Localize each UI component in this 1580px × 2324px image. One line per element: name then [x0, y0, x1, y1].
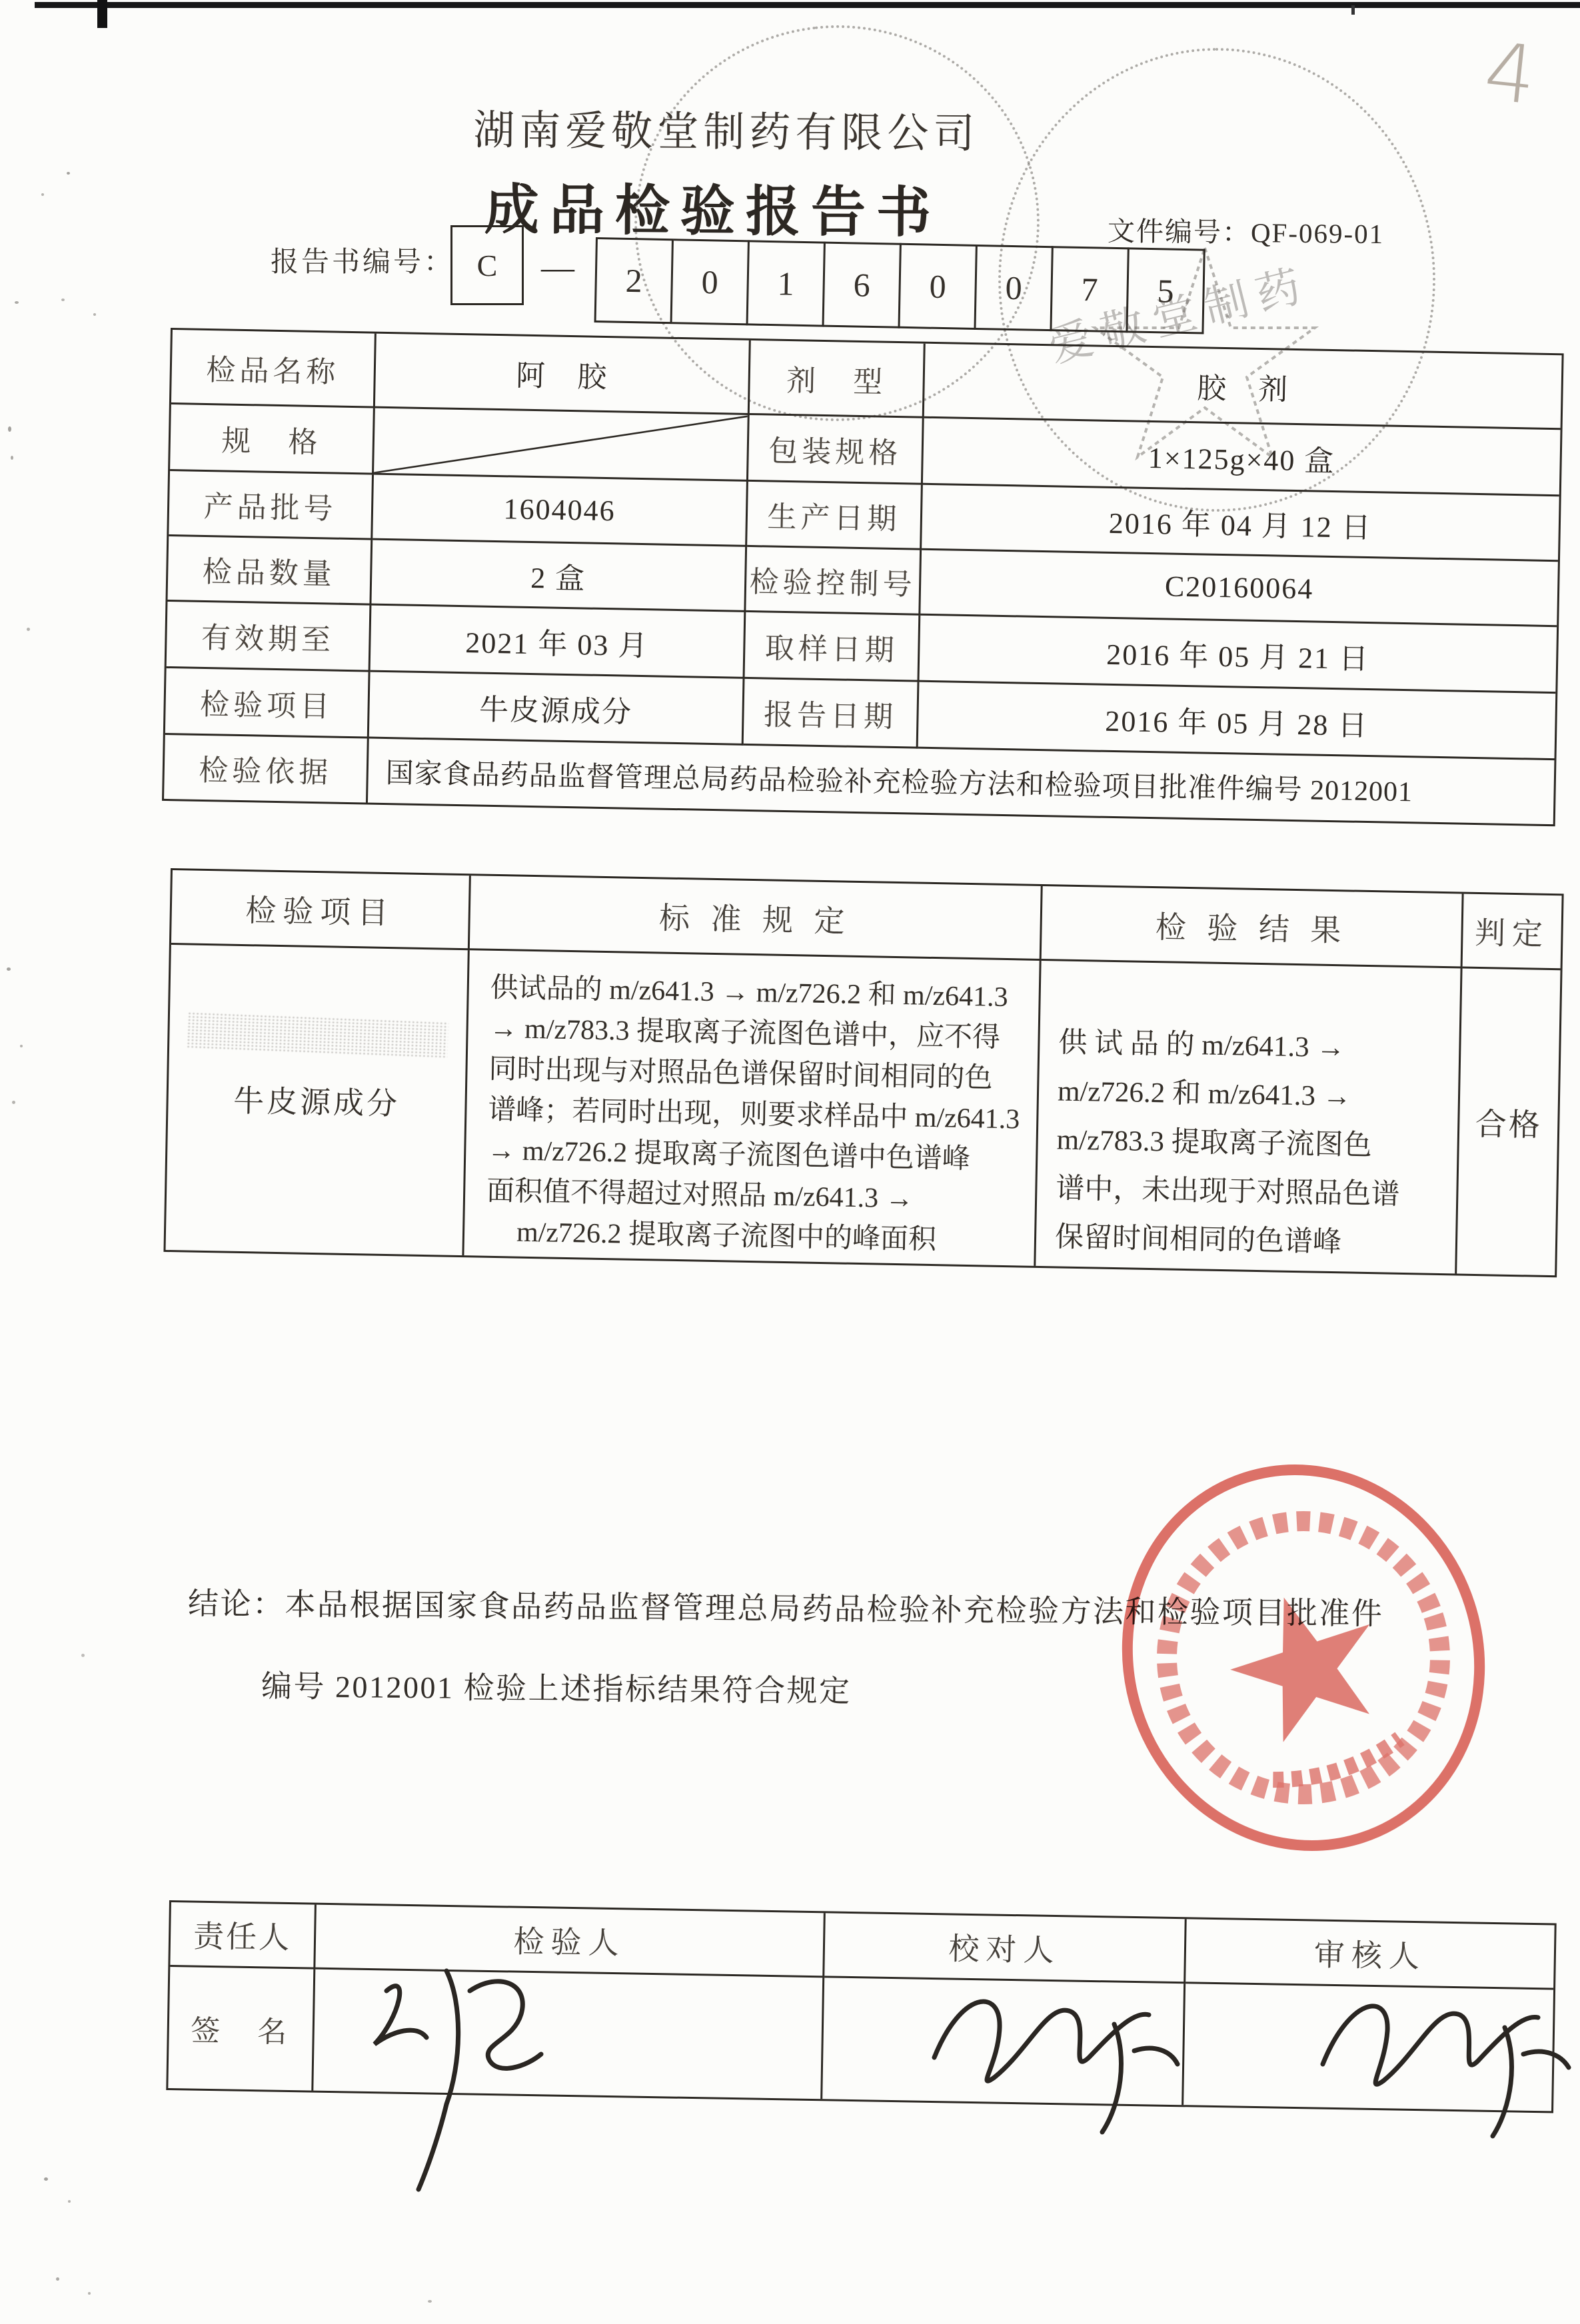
scan-corner-mark	[97, 0, 107, 28]
reviewer-signature-cell	[1184, 1984, 1553, 2111]
value-dosage-form: 胶 剂	[924, 344, 1562, 430]
value-sample-quantity: 2 盒	[371, 540, 747, 612]
report-number-separator: —	[541, 248, 574, 287]
value-report-date: 2016 年 05 月 28 日	[918, 682, 1556, 760]
header-reviewer: 审核人	[1185, 1919, 1555, 1990]
file-number-label: 文件编号：	[1108, 216, 1251, 248]
label-expiry: 有效期至	[167, 602, 372, 672]
label-sample-name: 检品名称	[171, 330, 377, 408]
company-name: 湖南爱敬堂制药有限公司	[400, 97, 1054, 161]
result-line: 保留时间相同的色谱峰	[1054, 1213, 1341, 1267]
sample-info-table: 检品名称 阿 胶 剂 型 胶 剂 规 格 包装规格 1×125g×40 盒 产品…	[162, 328, 1564, 826]
value-expiry: 2021 年 03 月	[371, 606, 746, 679]
col-header-verdict: 判定	[1463, 894, 1562, 971]
report-digit: 1	[748, 240, 826, 326]
file-number-value: QF-069-01	[1251, 217, 1385, 249]
header-proofreader: 校对人	[824, 1913, 1187, 1984]
red-company-seal	[1104, 1451, 1503, 1864]
noise-dot	[27, 628, 30, 631]
label-test-basis: 检验依据	[164, 735, 369, 803]
inspector-signature-cell	[313, 1970, 824, 2099]
test-result-cell: 供 试 品 的 m/z641.3 → m/z726.2 和 m/z641.3 →…	[1036, 961, 1462, 1274]
label-report-date: 报告日期	[744, 679, 920, 749]
noise-dot	[7, 967, 11, 971]
scan-smudge-band	[186, 1011, 448, 1059]
label-sampling-date: 取样日期	[744, 612, 920, 682]
noise-dot	[12, 1101, 15, 1104]
value-sample-name: 阿 胶	[375, 334, 751, 415]
handwritten-page-number: 4	[1480, 25, 1540, 123]
noise-dot	[20, 1045, 23, 1047]
label-specification: 规 格	[170, 404, 375, 475]
noise-dot	[44, 2177, 48, 2181]
noise-dot	[428, 2300, 432, 2303]
label-dosage-form: 剂 型	[750, 340, 926, 418]
conclusion-line-2: 编号 2012001 检验上述指标结果符合规定	[261, 1662, 852, 1711]
value-batch-number: 1604046	[373, 475, 748, 547]
col-header-standard: 标 准 规 定	[470, 875, 1043, 961]
report-number-label: 报告书编号：	[271, 240, 454, 280]
noise-dot	[88, 2292, 91, 2295]
label-test-item: 检验项目	[165, 668, 371, 739]
noise-dot	[61, 298, 65, 301]
label-sample-quantity: 检品数量	[167, 536, 373, 606]
standard-spec-cell: 供试品的 m/z641.3 → m/z726.2 和 m/z641.3 → m/…	[464, 950, 1041, 1266]
noise-dot	[8, 426, 11, 432]
test-result-table: 检验项目 标 准 规 定 检 验 结 果 判定 牛皮源成分 供试品的 m/z64…	[163, 868, 1563, 1277]
verdict-cell: 合格	[1457, 969, 1560, 1276]
noise-dot	[11, 456, 13, 460]
noise-dot	[56, 2277, 59, 2281]
value-package-spec: 1×125g×40 盒	[923, 418, 1561, 496]
scan-edge-bar	[35, 2, 1580, 8]
value-specification-blank	[374, 408, 750, 482]
result-line: 谱中，未出现于对照品色谱	[1056, 1164, 1400, 1219]
report-digit: 2	[594, 237, 674, 324]
noise-dot	[68, 2200, 71, 2203]
label-production-date: 生产日期	[747, 482, 923, 550]
label-batch-number: 产品批号	[169, 471, 374, 540]
value-control-number: C20160064	[920, 550, 1558, 627]
report-digit: 6	[824, 242, 901, 328]
report-digit: 0	[900, 243, 977, 330]
report-digit: 5	[1128, 247, 1205, 334]
standard-line: m/z726.2 提取离子流图中的峰面积	[486, 1212, 937, 1261]
scanned-inspection-report: 4 爱敬堂制药 湖南爱敬堂制药有限公司 成品检验报告书 文件编号：QF-069-…	[0, 0, 1580, 2324]
col-header-result: 检 验 结 果	[1042, 886, 1464, 969]
report-number-prefix-box: C	[450, 225, 524, 305]
test-item-cell: 牛皮源成分	[165, 945, 469, 1255]
noise-dot	[15, 301, 19, 304]
result-line: m/z726.2 和 m/z641.3 →	[1057, 1067, 1351, 1121]
report-digit: 0	[976, 245, 1053, 331]
signature-table: 责任人 检验人 校对人 审核人 签 名	[166, 1900, 1556, 2113]
report-number-digit-boxes: 2 0 1 6 0 0 7 5	[594, 237, 1205, 334]
value-production-date: 2016 年 04 月 12 日	[922, 485, 1559, 562]
noise-dot	[93, 313, 96, 316]
proofreader-signature-cell	[822, 1978, 1185, 2105]
header-responsible: 责任人	[170, 1902, 317, 1970]
header-inspector: 检验人	[315, 1905, 826, 1978]
result-line: 供 试 品 的 m/z641.3 →	[1058, 1018, 1345, 1072]
result-line: m/z783.3 提取离子流图色	[1056, 1115, 1372, 1170]
label-package-spec: 包装规格	[748, 415, 924, 485]
blank-slash-line	[374, 408, 748, 480]
file-number: 文件编号：QF-069-01	[1108, 209, 1385, 251]
noise-dot	[81, 1654, 85, 1657]
value-sampling-date: 2016 年 05 月 21 日	[919, 616, 1557, 694]
report-digit: 0	[672, 239, 750, 325]
col-header-test-item: 检验项目	[171, 870, 471, 950]
noise-dot	[67, 172, 70, 175]
report-digit: 7	[1052, 246, 1129, 332]
noise-dot	[41, 193, 44, 196]
signature-row-label: 签 名	[168, 1967, 315, 2091]
test-item-name: 牛皮源成分	[233, 1077, 400, 1124]
scan-speck	[1351, 5, 1355, 15]
label-control-number: 检验控制号	[746, 547, 922, 616]
value-test-item: 牛皮源成分	[369, 672, 745, 746]
